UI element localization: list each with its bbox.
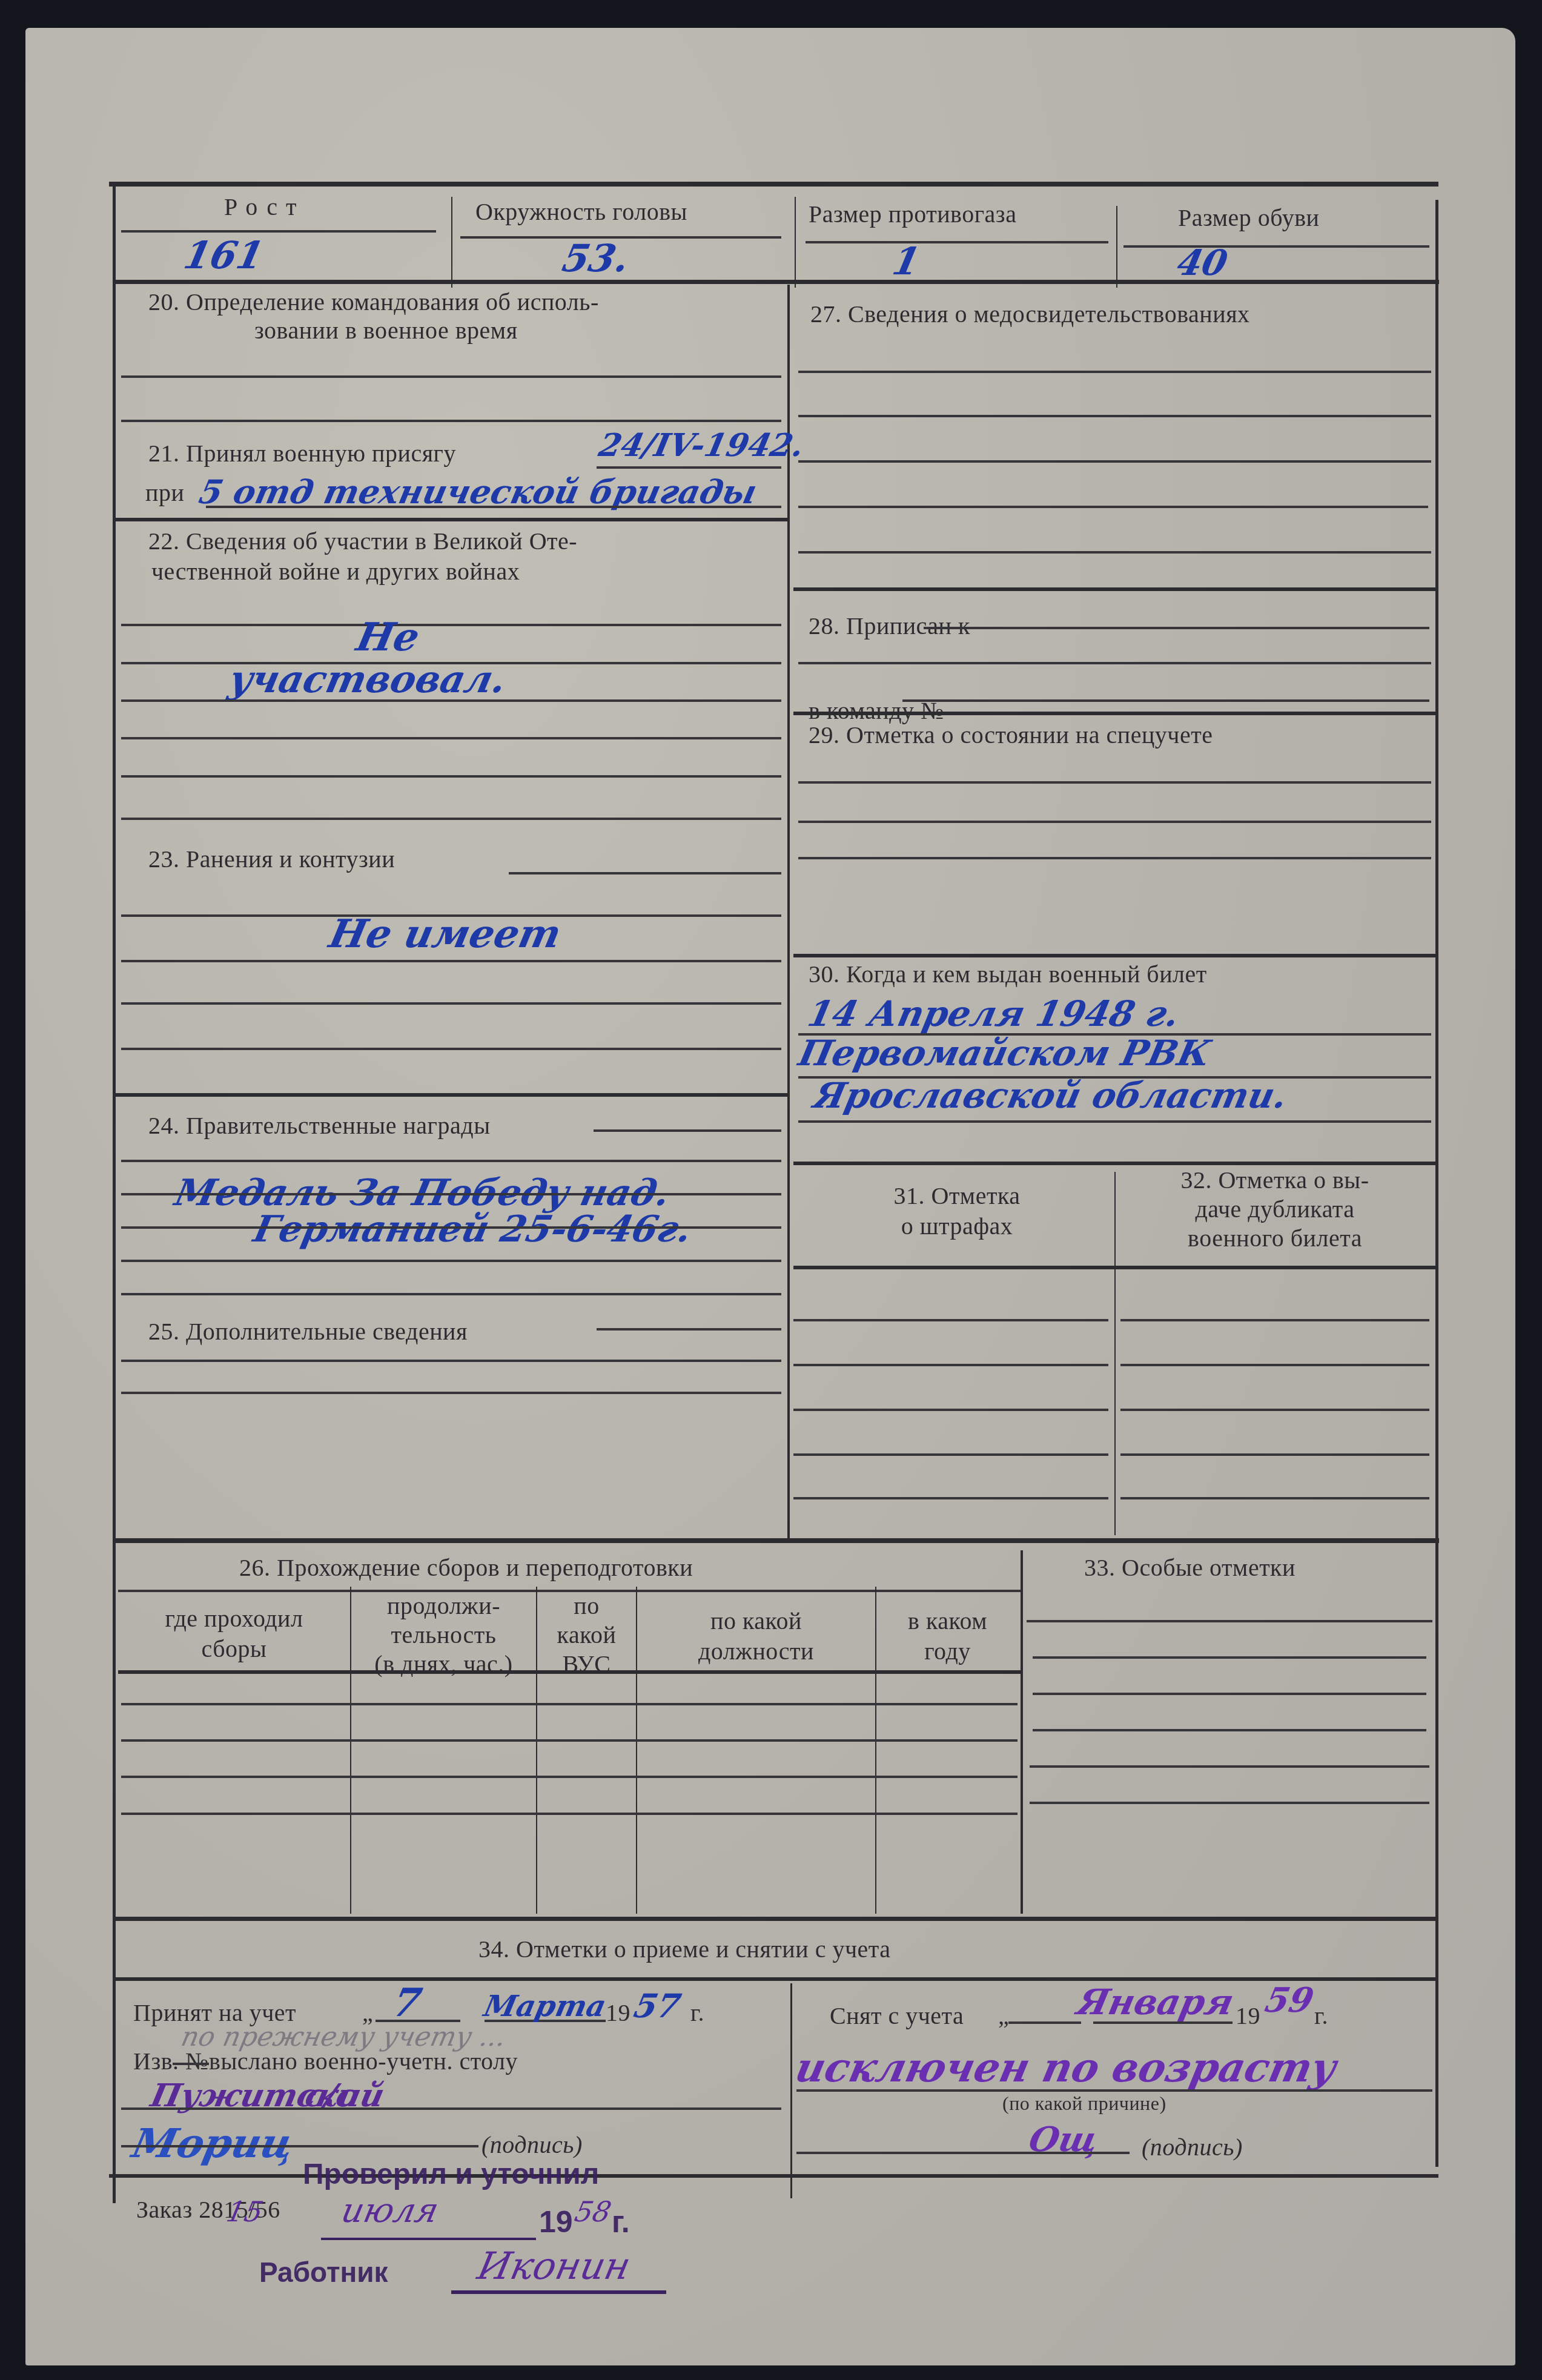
section-27-label: 27. Сведения о медосвидетельствованиях — [810, 300, 1250, 328]
rule — [796, 2089, 1432, 2092]
col-vus-line1: по — [537, 1592, 636, 1621]
rule — [793, 1497, 1108, 1499]
accepted-year-prefix: 19 — [606, 1998, 630, 2027]
rule — [793, 1453, 1108, 1456]
accepted-year-value: 57 — [630, 1986, 684, 2025]
military-id-region-value: Ярославской области. — [810, 1075, 1291, 1116]
rule — [1027, 1620, 1432, 1622]
rule — [121, 230, 436, 233]
section-32-label: 32. Отметка о вы- даче дубликата военног… — [1117, 1166, 1432, 1253]
section-divider — [793, 712, 1437, 715]
divider — [1114, 1172, 1116, 1535]
right-border — [1435, 1543, 1438, 2167]
col-duration-header: продолжи- тельность (в днях, час.) — [351, 1592, 536, 1679]
stamp-year-prefix: 19 — [539, 2204, 573, 2240]
stamp-worker-label: Работник — [259, 2256, 388, 2289]
war-participation-value-1: Не — [352, 615, 423, 660]
rule — [597, 1328, 781, 1330]
stamp-signature-rule — [451, 2290, 666, 2294]
divider — [1116, 206, 1117, 288]
col-year-line1: в каком — [876, 1606, 1019, 1636]
rule — [1033, 1656, 1426, 1659]
section-21-label: 21. Принял военную присягу — [148, 439, 456, 468]
rule — [793, 1364, 1108, 1366]
accepted-signature: Мориц — [128, 2120, 299, 2167]
section-divider — [793, 587, 1437, 591]
rule — [924, 627, 1429, 629]
section-divider — [793, 954, 1437, 957]
sent-label: выслано военно-учетн. столу — [209, 2047, 518, 2075]
rule — [173, 2063, 209, 2065]
rule — [121, 375, 781, 378]
section-23-label: 23. Ранения и контузии — [148, 845, 395, 873]
col-year-header: в каком году — [876, 1606, 1019, 1667]
rule — [793, 1409, 1108, 1411]
col-year-line2: году — [876, 1636, 1019, 1667]
col-vus-line3: ВУС — [537, 1650, 636, 1679]
verification-stamp-title: Проверил и уточнил — [303, 2158, 599, 2191]
rule — [1008, 2021, 1081, 2024]
header-bottom-border — [113, 280, 1439, 284]
rule — [798, 460, 1431, 463]
col-vus-header: по какой ВУС — [537, 1592, 636, 1679]
section-20-label: 20. Определение командования об исполь- — [148, 288, 599, 316]
section-32-label-3: военного билета — [1117, 1224, 1432, 1253]
shoe-size-label: Размер обуви — [1178, 203, 1319, 232]
rule — [1033, 1693, 1426, 1695]
head-circumference-value: 53. — [558, 236, 633, 280]
rule — [597, 466, 781, 469]
rule — [121, 420, 781, 422]
left-border — [113, 187, 116, 1540]
rule — [1120, 1497, 1429, 1499]
section-31-label-1: 31. Отметка — [799, 1181, 1114, 1211]
divider — [1021, 1550, 1023, 1914]
center-divider — [787, 285, 790, 1538]
section-26-title: 26. Прохождение сборов и переподготовки — [239, 1553, 693, 1582]
rule — [902, 699, 1429, 702]
removed-year-prefix: 19 — [1236, 2002, 1260, 2030]
rule — [121, 960, 781, 962]
col-duration-line1: продолжи- — [351, 1592, 536, 1621]
section-31-label: 31. Отметка о штрафах — [799, 1181, 1114, 1241]
col-where-line1: где проходил — [118, 1604, 350, 1634]
table-row-rule — [121, 1776, 1018, 1778]
col-where-line2: сборы — [118, 1634, 350, 1664]
rule — [121, 1193, 781, 1195]
section-29-label: 29. Отметка о состоянии на спецучете — [809, 721, 1213, 749]
rule — [798, 781, 1431, 784]
section-24-label: 24. Правительственные награды — [148, 1111, 491, 1140]
rule — [1120, 1453, 1429, 1456]
section-32-label-1: 32. Отметка о вы- — [1117, 1166, 1432, 1195]
rule — [121, 1392, 781, 1394]
rule — [798, 857, 1431, 859]
section-divider — [115, 1977, 1435, 1981]
section-divider — [115, 1917, 1438, 1921]
top-border — [109, 182, 1438, 187]
removal-reason-value: исключен по возрасту — [792, 2044, 1341, 2091]
rule — [798, 1120, 1431, 1123]
removed-label: Снят с учета — [830, 2002, 964, 2030]
stamp-date-rule — [321, 2238, 536, 2240]
section-30-label: 30. Когда и кем выдан военный билет — [809, 960, 1207, 988]
rule — [798, 821, 1431, 823]
military-id-issuer-value: Первомайском РВК — [795, 1033, 1214, 1074]
section-32-label-2: даче дубликата — [1117, 1195, 1432, 1224]
rule — [798, 551, 1431, 554]
accepted-month-value: Марта — [481, 1989, 609, 2023]
rule — [798, 371, 1431, 373]
rule — [121, 818, 781, 820]
section-divider — [113, 1538, 1439, 1543]
rule — [121, 1360, 781, 1362]
rule — [1123, 245, 1429, 248]
rule — [121, 699, 781, 702]
section-divider — [115, 518, 787, 521]
removed-quote: „ — [998, 2002, 1009, 2030]
wounds-value: Не имеет — [325, 911, 565, 957]
rule — [1033, 1729, 1426, 1731]
section-20-label-cont: зовании в военное время — [254, 316, 518, 345]
rule — [121, 1048, 781, 1050]
table-row-rule — [121, 1813, 1018, 1815]
rule — [1030, 1765, 1429, 1768]
rule — [594, 1129, 781, 1132]
col-position-header: по какой должности — [637, 1606, 875, 1667]
rule — [1120, 1409, 1429, 1411]
right-border — [1435, 200, 1438, 1540]
rule — [121, 624, 781, 626]
section-divider — [793, 1162, 1437, 1165]
military-id-date-value: 14 Апреля 1948 г. — [804, 993, 1183, 1034]
rule — [796, 2152, 1130, 2154]
rule — [793, 1319, 1108, 1321]
removed-year-suffix: г. — [1314, 2002, 1328, 2030]
rule — [798, 415, 1431, 417]
left-border — [113, 1543, 116, 2203]
removed-year-value: 59 — [1262, 1980, 1317, 2020]
shoe-size-value: 40 — [1174, 242, 1231, 283]
section-divider — [115, 1093, 787, 1097]
oath-date-value: 24/IV-1942. — [596, 427, 808, 464]
section-25-label: 25. Дополнительные сведения — [148, 1317, 468, 1346]
war-participation-value-2: участвовал. — [225, 657, 510, 701]
rule — [798, 506, 1428, 508]
rule — [1030, 1802, 1429, 1804]
stamp-month-value: июля — [338, 2191, 442, 2230]
col-duration-line3: (в днях, час.) — [351, 1650, 536, 1679]
table-row-rule — [121, 1703, 1018, 1705]
section-22-label: 22. Сведения об участии в Великой Оте- — [148, 527, 577, 555]
rule — [121, 1160, 781, 1162]
stamp-day-value: 15 — [223, 2195, 266, 2228]
removal-reason-label: (по какой причине) — [1002, 2092, 1166, 2115]
stamp-year-suffix: г. — [612, 2204, 630, 2240]
removed-signature-label: (подпись) — [1142, 2133, 1243, 2161]
head-circumference-label: Окружность головы — [475, 197, 687, 226]
rule — [509, 872, 781, 874]
izv-number-label: Изв. № — [133, 2047, 209, 2075]
rule — [121, 775, 781, 778]
height-value: 161 — [180, 233, 268, 277]
awards-value-2: Германией 25-6-46г. — [250, 1208, 696, 1251]
stamp-year-value: 58 — [572, 2195, 614, 2228]
rule — [121, 737, 781, 739]
table-header-divider — [118, 1670, 1021, 1674]
section-divider — [793, 1266, 1437, 1269]
col-where-header: где проходил сборы — [118, 1604, 350, 1664]
accepted-year-suffix: г. — [690, 1998, 704, 2027]
section-33-label: 33. Особые отметки — [1084, 1553, 1295, 1582]
table-row-rule — [121, 1739, 1018, 1742]
rule — [121, 1293, 781, 1295]
section-34-title: 34. Отметки о приеме и снятии с учета — [478, 1935, 891, 1963]
gas-mask-size-label: Размер противогаза — [809, 200, 1016, 228]
divider — [795, 197, 796, 288]
rule — [121, 1002, 781, 1005]
accepted-signature-label: (подпись) — [481, 2130, 583, 2159]
rule — [206, 506, 781, 508]
rule — [121, 2145, 478, 2147]
col-position-line1: по какой — [637, 1606, 875, 1636]
section-22-label-cont: чественной войне и других войнах — [151, 557, 520, 586]
section-31-label-2: о штрафах — [799, 1211, 1114, 1241]
col-vus-line2: какой — [537, 1621, 636, 1650]
rule — [1120, 1364, 1429, 1366]
rule — [798, 662, 1431, 664]
rule — [121, 1226, 781, 1229]
section-28-label: 28. Приписан к — [809, 612, 970, 640]
divider — [451, 197, 452, 288]
section-21-prefix: при — [145, 478, 184, 507]
rule — [121, 1260, 781, 1262]
rule — [121, 2107, 781, 2110]
stamp-signature: Иконин — [474, 2244, 635, 2288]
rule — [806, 241, 1108, 243]
rule — [1120, 1319, 1429, 1321]
col-position-line2: должности — [637, 1636, 875, 1667]
height-label: Рост — [224, 193, 305, 221]
col-duration-line2: тельность — [351, 1621, 536, 1650]
removed-month-value: Января — [1074, 1982, 1237, 2023]
